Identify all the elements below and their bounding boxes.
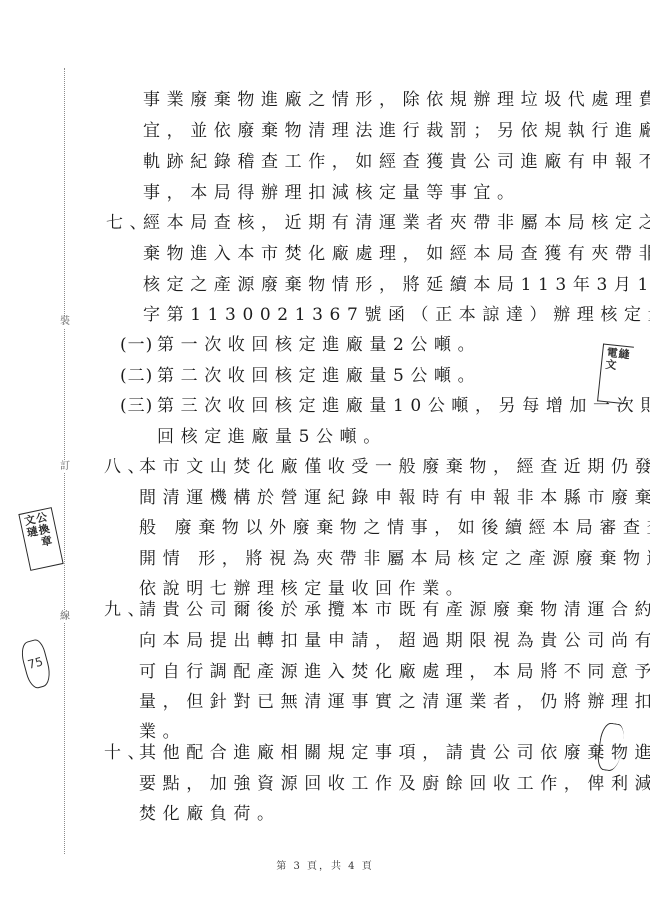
binding-label-ding: 訂 [58, 461, 72, 473]
item-8-line: 依說明七辦理核定量收回作業。 [139, 579, 469, 599]
subitem-label-3: (三) [120, 396, 153, 416]
stamp-text: 縫 [617, 348, 630, 361]
subitem-label-1: (一) [120, 335, 153, 355]
subitem-3-line: 回核定進廠量5公噸。 [157, 427, 387, 447]
continuation-line: 事業廢棄物進廠之情形，除依規辦理垃圾代處理費追繳事 [143, 90, 650, 110]
item-8-line: 間清運機構於營運紀錄申報時有申報非本縣市廢棄物及一 [139, 488, 650, 508]
official-seam-stamp-left: 文璉公換章 [18, 507, 63, 571]
subitem-2-line: 第二次收回核定進廠量5公噸。 [157, 366, 481, 386]
binding-label-zhuang: 裝 [58, 316, 72, 328]
item-7-line: 核定之產源廢棄物情形，將延續本局113年3月1日中市環設 [143, 275, 650, 295]
seal-icon-left: 75 [18, 638, 54, 691]
item-8-line: 般 廢棄物以外廢棄物之情事，如後續經本局審查查獲有前 [139, 518, 650, 538]
seal-number: 75 [26, 654, 44, 671]
item-8-line: 開情 形，將視為夾帶非屬本局核定之產源廢棄物進廠，並 [139, 549, 650, 569]
document-page: 裝 訂 線 文璉公換章 電文縫 75 事業廢棄物進廠之情形，除依規辦理垃圾代處理… [0, 0, 650, 919]
stamp-text: 公換章 [35, 511, 54, 549]
item-10-line: 焚化廠負荷。 [139, 804, 281, 824]
item-7-line: 字第1130021367號函（正本諒達）辦理核定量收回作業： [143, 305, 650, 325]
item-10-line: 要點，加強資源回收工作及廚餘回收工作，俾利減輕本市 [139, 774, 650, 794]
continuation-line: 宜，並依廢棄物清理法進行裁罰；另依規執行進廠車輛GPS [143, 121, 650, 141]
item-9-line: 向本局提出轉扣量申請，超過期限視為貴公司尚有餘裕量 [139, 631, 650, 651]
continuation-line: 事，本局得辦理扣減核定量等事宜。 [143, 183, 521, 203]
item-9-line: 業。 [139, 722, 186, 742]
item-9-line: 請貴公司爾後於承攬本市既有產源廢棄物清運合約3個月內 [139, 600, 650, 620]
item-7-line: 棄物進入本市焚化廠處理，如經本局查獲有夾帶非屬本局 [143, 244, 650, 264]
item-7-line: 經本局查核，近期有清運業者夾帶非屬本局核定之產源廢 [143, 213, 650, 233]
subitem-1-line: 第一次收回核定進廠量2公噸。 [157, 335, 481, 355]
item-9-line: 量，但針對已無清運事實之清運業者，仍將辦理扣量作 [139, 692, 650, 712]
binding-label-xian: 線 [58, 611, 72, 623]
subitem-label-2: (二) [120, 366, 153, 386]
item-9-line: 可自行調配產源進入焚化廠處理，本局將不同意予以轉 [139, 662, 650, 682]
page-number-footer: 第 3 頁，共 4 頁 [0, 857, 650, 872]
item-8-line: 本市文山焚化廠僅收受一般廢棄物，經查近期仍發現有多 [139, 457, 650, 477]
continuation-line: 軌跡紀錄稽查工作，如經查獲貴公司進廠有申報不實情 [143, 152, 650, 172]
item-10-line: 其他配合進廠相關規定事項，請貴公司依廢棄物進廠管理 [139, 743, 650, 763]
subitem-3-line: 第三次收回核定進廠量10公噸，另每增加一次則遞增收 [157, 396, 650, 416]
